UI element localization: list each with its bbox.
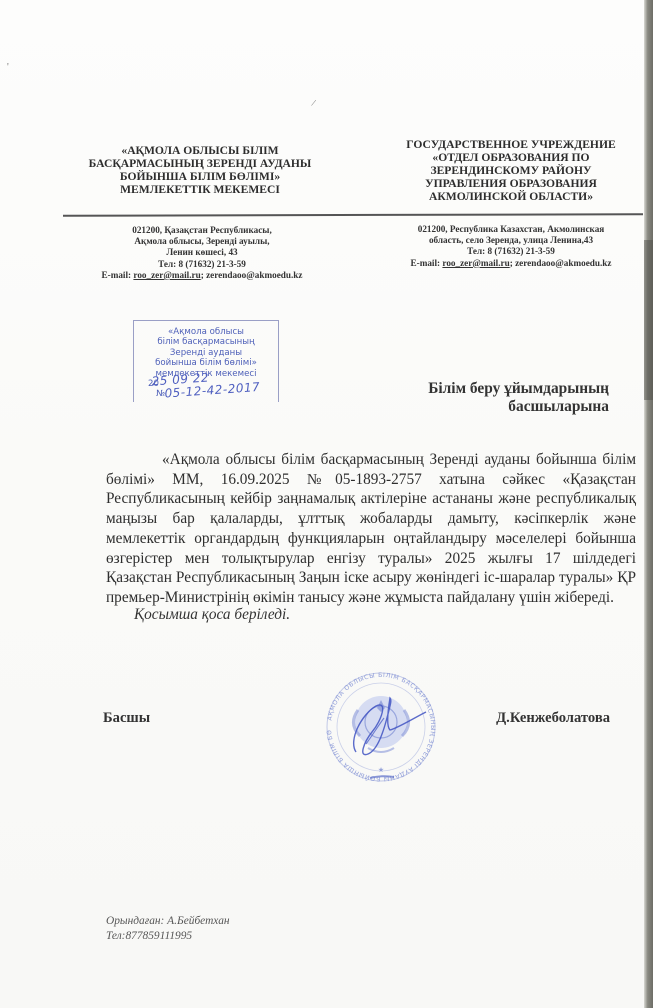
org-line: МЕМЛЕКЕТТІК МЕКЕМЕСІ [62,183,338,196]
address-line: Тел: 8 (71632) 21-3-59 [378,246,644,257]
stamp-line: білім басқармасының [134,337,278,347]
letterhead-divider [63,213,643,216]
org-line: ЗЕРЕНДИНСКОМУ РАЙОНУ [378,164,644,177]
scan-artifact: / [310,98,316,109]
executor-name: Орындаған: А.Бейбетхан [106,914,230,929]
address-line: Ақмола облысы, Зеренді ауылы, [62,236,342,247]
address-line: 021200, Республика Казахстан, Акмолинска… [378,224,644,235]
org-line: АКМОЛИНСКОЙ ОБЛАСТИ» [378,190,644,203]
email-link[interactable]: roo_zer@mail.ru [133,270,200,280]
scan-page-edge [644,0,653,1008]
executor-info: Орындаған: А.Бейбетхан Тел:877859111995 [106,914,230,943]
signatory-name: Д.Кенжеболатова [496,710,610,727]
org-line: «АҚМОЛА ОБЛЫСЫ БІЛІМ [62,144,338,157]
email-secondary: ; zerendaoo@akmoedu.kz [510,258,612,268]
document-page: ' / «АҚМОЛА ОБЛЫСЫ БІЛІМ БАСҚАРМАСЫНЫҢ З… [0,0,645,1008]
body-paragraph: «Ақмола облысы білім басқармасының Зерен… [106,450,636,608]
email-line: E-mail: roo_zer@mail.ru; zerendaoo@akmoe… [62,270,342,281]
addressee: Білім беру ұйымдарының басшыларына [369,380,609,416]
letter-body: «Ақмола облысы білім басқармасының Зерен… [106,450,636,608]
executor-phone: Тел:877859111995 [106,929,230,944]
org-line: БОЙЫНША БІЛІМ БӨЛІМІ» [62,170,338,183]
attachment-note: Қосымша қоса беріледі. [134,606,290,624]
letterhead-russian-address: 021200, Республика Казахстан, Акмолинска… [378,224,644,269]
email-line: E-mail: roo_zer@mail.ru; zerendaoo@akmoe… [378,258,644,269]
org-line: ГОСУДАРСТВЕННОЕ УЧРЕЖДЕНИЕ [378,138,644,151]
addressee-line: Білім беру ұйымдарының [369,380,609,398]
stamp-line: Зеренді ауданы [134,348,278,358]
scan-page-edge-shadow [644,240,653,400]
letterhead-russian-org: ГОСУДАРСТВЕННОЕ УЧРЕЖДЕНИЕ «ОТДЕЛ ОБРАЗО… [378,138,644,203]
addressee-line: басшыларына [369,398,609,416]
svg-text:★: ★ [378,766,384,774]
org-line: «ОТДЕЛ ОБРАЗОВАНИЯ ПО [378,151,644,164]
stamp-line: «Ақмола облысы [134,327,278,337]
address-line: Тел: 8 (71632) 21-3-59 [62,259,342,270]
official-seal: АҚМОЛА ОБЛЫСЫ БІЛІМ БАСҚАРМАСЫНЫҢ ЗЕРЕНД… [318,670,444,784]
address-line: 021200, Қазақстан Республикасы, [62,225,342,236]
email-label: E-mail: [411,258,443,268]
email-link[interactable]: roo_zer@mail.ru [442,258,509,268]
scan-artifact: ' [7,62,9,73]
email-label: E-mail: [102,270,134,280]
address-line: Ленин көшесі, 43 [62,247,342,258]
seal-emblem-icon: АҚМОЛА ОБЛЫСЫ БІЛІМ БАСҚАРМАСЫНЫҢ ЗЕРЕНД… [318,670,444,784]
letterhead-kazakh-org: «АҚМОЛА ОБЛЫСЫ БІЛІМ БАСҚАРМАСЫНЫҢ ЗЕРЕН… [62,144,338,196]
email-secondary: ; zerendaoo@akmoedu.kz [201,270,303,280]
org-line: УПРАВЛЕНИЯ ОБРАЗОВАНИЯ [378,177,644,190]
signatory-title: Басшы [103,710,150,727]
address-line: область, село Зеренда, улица Ленина,43 [378,235,644,246]
letterhead-kazakh-address: 021200, Қазақстан Республикасы, Ақмола о… [62,225,342,281]
org-line: БАСҚАРМАСЫНЫҢ ЗЕРЕНДІ АУДАНЫ [62,157,338,170]
